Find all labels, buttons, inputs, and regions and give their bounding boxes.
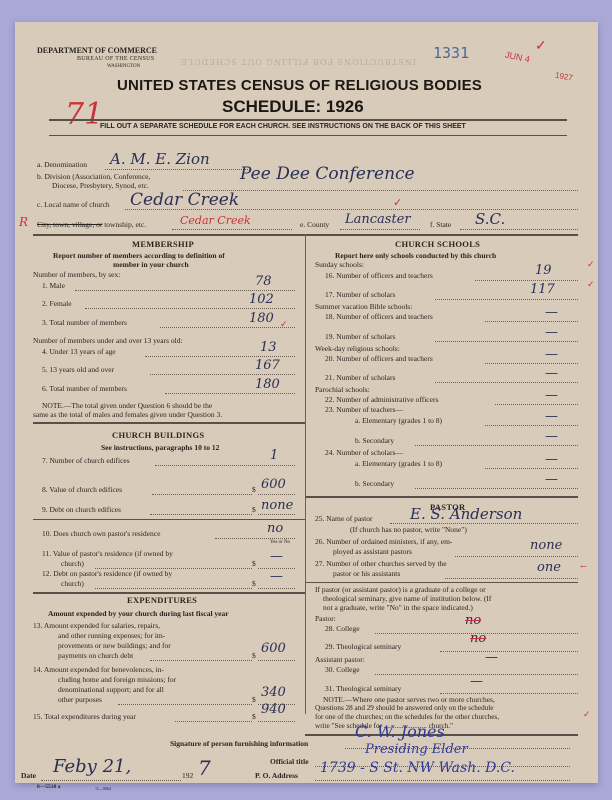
field-line [435,299,578,300]
q14-label-3: denominational support; and for all [58,685,164,694]
divider [33,422,305,424]
checkmark-icon: ✓ [280,320,288,330]
q31-value[interactable]: — [470,674,483,689]
q29-value[interactable]: no [470,631,486,646]
checkmark-icon: ✓ [583,710,591,720]
q19-value[interactable]: — [545,325,558,340]
buildings-title: CHURCH BUILDINGS [112,430,204,440]
field-line [160,327,295,328]
membership-subtitle: Report number of members according to de… [53,251,225,260]
q22-label: 22. Number of administrative officers [325,395,438,404]
field-line [85,308,295,309]
pastor-sublabel: Pastor: [315,614,336,623]
q23a-label: a. Elementary (grades 1 to 8) [355,416,442,425]
city-label: WASHINGTON [107,64,140,69]
department-label: DEPARTMENT OF COMMERCE [37,46,157,55]
q24b-value[interactable]: — [545,472,558,487]
parochial-schools-label: Parochial schools: [315,385,370,394]
field-line [258,588,295,589]
field-line [258,721,295,722]
field-line [118,704,252,705]
address-label: P. O. Address [255,771,298,780]
column-divider [305,234,306,714]
under-13-value[interactable]: 13 [260,340,277,355]
q13-value[interactable]: 600 [261,641,286,656]
state-field-line [460,229,578,230]
q9-value[interactable]: none [261,498,293,513]
q11-label: 11. Value of pastor's residence (if owne… [42,549,173,558]
field-line [495,404,578,405]
city-label: City, town, village, or township, etc. [37,220,146,229]
checkmark-icon: ✓ [535,38,547,54]
pastor-note-3: for one of the churches; on the schedule… [315,713,499,721]
q11-label-2: church) [61,559,84,568]
q17-value[interactable]: 117 [530,282,555,297]
q13-label-3: provements or new buildings; and for [58,641,171,650]
q18-value[interactable]: — [545,305,558,320]
q28-label: 28. College [325,624,360,633]
city-label-rest: township, etc. [104,220,146,229]
checkmark-icon: ✓ [587,280,595,290]
q26-label-2: ployed as assistant pastors [333,547,412,556]
official-title-value[interactable]: Presiding Elder [365,742,468,757]
total-members-label: 3. Total number of members [42,318,127,327]
field-line [165,393,295,394]
field-line [150,514,252,515]
local-name-label: c. Local name of church [37,200,110,209]
total-members-value[interactable]: 180 [249,311,274,326]
city-value[interactable]: Cedar Creek [180,214,251,227]
total-members-age-label: 6. Total number of members [42,384,127,393]
under-13-label: 4. Under 13 years of age [42,347,116,356]
q8-label: 8. Value of church edifices [42,485,122,494]
margin-mark: R [19,215,28,229]
summer-schools-label: Summer vacation Bible schools: [315,302,412,311]
field-line [485,363,578,364]
pastor-note: NOTE.—Where one pastor serves two or mor… [323,695,495,704]
female-label: 2. Female [42,299,72,308]
q8-value[interactable]: 600 [261,477,286,492]
signature-value[interactable]: C. W. Jones [355,722,445,741]
bleed-through-text: INSTRUCTIONS FOR FILLING OUT SCHEDULE [180,57,416,66]
county-value[interactable]: Lancaster [345,212,411,227]
city-label-struck: City, town, village, or [37,220,102,229]
field-line [445,578,578,579]
expenditures-subtitle: Amount expended by your church during la… [48,609,229,618]
field-line [435,341,578,342]
q23b-label: b. Secondary [355,436,394,445]
q25-value[interactable]: E. S. Anderson [410,505,522,523]
field-line [258,660,295,661]
field-line [152,494,252,495]
q29-label: 29. Theological seminary [325,642,401,651]
membership-note: NOTE.—The total given under Question 6 s… [42,401,212,410]
q14-label: 14. Amount expended for benevolences, in… [33,665,164,674]
total-members-age-value[interactable]: 180 [255,377,280,392]
q16-label: 16. Number of officers and teachers [325,271,433,280]
census-schedule-paper: DEPARTMENT OF COMMERCE BUREAU OF THE CEN… [15,22,598,783]
q28-value[interactable]: no [465,613,481,628]
year-value[interactable]: 7 [198,756,211,780]
division-value[interactable]: Pee Dee Conference [240,164,415,184]
address-value[interactable]: 1739 - S St. NW Wash. D.C. [320,760,515,776]
yes-no-hint: Yes or No [270,540,290,545]
address-field-line [315,780,570,781]
bureau-label: BUREAU OF THE CENSUS [77,56,154,62]
over-13-value[interactable]: 167 [255,358,280,373]
field-line [150,660,252,661]
divider [305,582,578,583]
arrow-mark-icon: ← [580,562,587,571]
form-number: 8—5518 a [37,784,60,790]
male-label: 1. Male [42,281,65,290]
q27-label: 27. Number of other churches served by t… [315,559,447,568]
q27-value[interactable]: one [537,560,561,575]
county-field-line [340,229,420,230]
field-line [390,523,578,524]
field-line [75,290,295,291]
stamp-number: 1331 [433,44,469,62]
dollar-sign: $ [252,695,256,704]
q15-label: 15. Total expenditures during year [33,712,136,721]
q18-label: 18. Number of officers and teachers [325,312,433,321]
red-file-number: 71 [65,97,103,132]
denomination-value[interactable]: A. M. E. Zion [110,150,210,168]
schools-title: CHURCH SCHOOLS [395,239,480,249]
q10-value[interactable]: no [267,521,283,536]
q23a-value[interactable]: — [545,409,558,424]
field-line [215,538,295,539]
field-line [440,651,578,652]
q20-label: 20. Number of officers and teachers [325,354,433,363]
sunday-schools-label: Sunday schools: [315,260,364,269]
dollar-sign: $ [252,505,256,514]
q21-value[interactable]: — [545,366,558,381]
date-field-line [41,780,181,781]
signature-label: Signature of person furnishing informati… [170,739,308,748]
q24a-label: a. Elementary (grades 1 to 8) [355,459,442,468]
checkmark-icon: ✓ [393,196,402,209]
division-label-2: Diocese, Presbytery, Synod, etc. [52,181,149,190]
q10-label: 10. Does church own pastor's residence [42,529,160,538]
buildings-subtitle: See instructions, paragraphs 10 to 12 [101,443,219,452]
q30-label: 30. College [325,665,360,674]
q25-label: 25. Name of pastor [315,514,372,523]
city-field-line [172,229,292,230]
q13-label-4: payments on church debt [58,651,133,660]
field-line [258,514,295,515]
form-title: UNITED STATES CENSUS OF RELIGIOUS BODIES [117,77,482,94]
q24a-value[interactable]: — [545,452,558,467]
q9-label: 9. Debt on church edifices [42,505,121,514]
q7-value[interactable]: 1 [270,448,278,463]
divider [49,135,567,136]
female-value[interactable]: 102 [249,292,274,307]
instruction-banner: FILL OUT A SEPARATE SCHEDULE FOR EACH CH… [100,123,466,130]
received-year: 1927 [554,71,573,83]
field-line [95,588,252,589]
field-line [175,721,252,722]
denomination-label: a. Denomination [37,160,87,169]
division-field-line [183,190,578,191]
field-line [150,374,295,375]
field-line [435,382,578,383]
q12-label-2: church) [61,579,84,588]
q7-label: 7. Number of church edifices [42,456,130,465]
by-age-label: Number of members under and over 13 year… [33,336,183,345]
q26-value[interactable]: none [530,538,562,553]
field-line [485,468,578,469]
field-line [155,465,295,466]
date-value[interactable]: Feby 21, [53,756,131,777]
year-prefix: 192 [182,771,193,780]
q22-value[interactable]: — [545,388,558,403]
q26-label: 26. Number of ordained ministers, if any… [315,537,452,546]
dollar-sign: $ [252,559,256,568]
q17-label: 17. Number of scholars [325,290,395,299]
grad-note: If pastor (or assistant pastor) is a gra… [315,585,486,594]
dollar-sign: $ [252,485,256,494]
q24b-label: b. Secondary [355,479,394,488]
official-title-label: Official title [270,757,309,766]
local-name-value[interactable]: Cedar Creek [130,190,239,210]
membership-subtitle-2: member in your church [113,260,189,269]
male-value[interactable]: 78 [255,274,272,289]
field-line [485,321,578,322]
assistant-pastor-label: Assistant pastor: [315,655,365,664]
divider [305,496,578,498]
q31-label: 31. Theological seminary [325,684,401,693]
header-rule [49,119,567,121]
expenditures-title: EXPENDITURES [127,595,197,605]
q21-label: 21. Number of scholars [325,373,395,382]
q15-value[interactable]: 940 [261,702,286,717]
q14-value[interactable]: 340 [261,685,286,700]
schedule-title: SCHEDULE: 1926 [222,97,364,117]
field-line [485,425,578,426]
q14-label-4: other purposes [58,695,102,704]
q25-hint: (If church has no pastor, write "None") [350,525,467,534]
q11-value[interactable]: — [270,549,283,564]
membership-note-2: same as the total of males and females g… [33,410,222,419]
grad-note-2: theological seminary, give name of insti… [323,594,491,603]
print-code: 11—9064 [95,786,111,791]
dollar-sign: $ [252,651,256,660]
q13-label: 13. Amount expended for salaries, repair… [33,621,160,630]
q24-label: 24. Number of scholars— [325,448,403,457]
county-label: e. County [300,220,329,229]
q23b-value[interactable]: — [545,429,558,444]
division-label: b. Division (Association, Conference, [37,172,150,181]
pastor-note-2: Questions 28 and 29 should be answered o… [315,704,493,712]
q20-value[interactable]: — [545,347,558,362]
dollar-sign: $ [252,712,256,721]
q30-value[interactable]: — [485,650,498,665]
field-line [440,693,578,694]
divider [33,592,305,594]
received-stamp: JUN 4 [504,50,531,65]
over-13-label: 5. 13 years old and over [42,365,114,374]
denomination-field-line [105,169,250,170]
field-line [415,488,578,489]
dollar-sign: $ [252,579,256,588]
schools-subtitle: Report here only schools conducted by th… [335,251,496,260]
field-line [258,494,295,495]
q27-label-2: pastor or his assistants [333,569,400,578]
field-line [455,556,578,557]
q12-value[interactable]: — [270,569,283,584]
membership-title: MEMBERSHIP [132,239,194,249]
state-label: f. State [430,220,451,229]
field-line [145,356,295,357]
q19-label: 19. Number of scholars [325,332,395,341]
by-sex-label: Number of members, by sex: [33,270,120,279]
state-value[interactable]: S.C. [475,210,505,228]
q23-label: 23. Number of teachers— [325,405,403,414]
field-line [415,445,578,446]
q14-label-2: cluding home and foreign missions; for [58,675,176,684]
field-line [475,280,578,281]
weekday-schools-label: Week-day religious schools: [315,344,400,353]
checkmark-icon: ✓ [587,260,595,270]
date-label: Date [21,771,36,780]
q12-label: 12. Debt on pastor's residence (if owned… [42,569,172,578]
q16-value[interactable]: 19 [535,263,552,278]
q13-label-2: and other running expenses; for im- [58,631,165,640]
divider [33,519,305,520]
grad-note-3: not a graduate, write "No" in the space … [323,603,473,612]
